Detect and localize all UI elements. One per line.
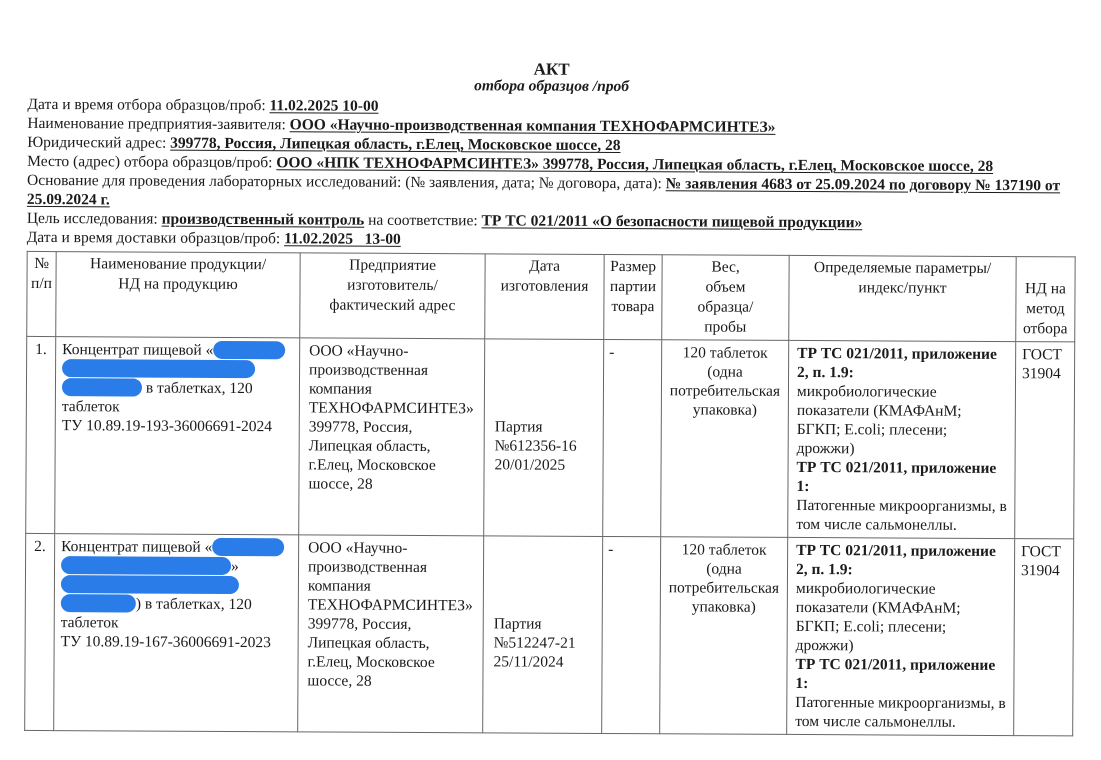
product-text: » <box>231 558 239 575</box>
parameters-cell: ТР ТС 021/2011, приложение 2, п. 1.9: ми… <box>788 340 1016 538</box>
manufacturer-cell: ООО «Научно- производственная компания Т… <box>298 535 484 733</box>
samples-table: № п/п Наименование продукции/ НД на прод… <box>24 251 1075 736</box>
param-line: ТР ТС 021/2011, приложение 1: <box>796 458 1008 497</box>
param-line: микробиологические показатели (КМАФАнМ; … <box>796 579 1008 656</box>
product-text: таблеток <box>62 397 293 417</box>
column-header-manufacturer: Предприятие изготовитель/ фактический ад… <box>300 253 485 339</box>
field-value: 11.02.2025 10-00 <box>269 97 378 115</box>
field-label: Цель исследования: <box>27 210 162 228</box>
redaction-mark <box>212 538 284 556</box>
manufacturer-cell: ООО «Научно- производственная компания Т… <box>299 338 485 536</box>
product-text: в таблетках, 120 <box>142 380 253 398</box>
batch-cell: Партия №612356-16 20/01/2025 <box>484 339 604 537</box>
column-header-num: № п/п <box>27 251 56 336</box>
param-line: ТР ТС 021/2011, приложение 2, п. 1.9: <box>796 541 1008 580</box>
field-value: 399778, Россия, Липецкая область, г.Елец… <box>170 135 620 154</box>
redaction-mark <box>62 359 255 378</box>
column-header-product: Наименование продукции/ НД на продукцию <box>56 252 300 338</box>
param-line: микробиологические показатели (КМАФАнМ; … <box>797 382 1009 459</box>
batch-size-cell: - <box>602 536 661 733</box>
column-header-batch-size: Размер партии товара <box>604 254 662 339</box>
field-value: 11.02.2025 13-00 <box>284 230 401 248</box>
param-line: ТР ТС 021/2011, приложение 1: <box>795 655 1007 694</box>
param-line: Патогенные микроорганизмы, в том числе с… <box>795 693 1007 732</box>
table-header-row: № п/п Наименование продукции/ НД на прод… <box>27 251 1075 341</box>
param-line: ТР ТС 021/2011, приложение 2, п. 1.9: <box>797 344 1009 383</box>
redaction-mark <box>61 575 239 594</box>
field-value: ТР ТС 021/2011 «О безопасности пищевой п… <box>481 212 862 231</box>
field-label: Юридический адрес: <box>27 134 170 152</box>
method-cell: ГОСТ 31904 <box>1015 342 1075 539</box>
column-header-method: НД на метод отбора <box>1016 257 1075 342</box>
product-name-cell: Концентрат пищевой « » ) в таблетках, 12… <box>54 534 299 732</box>
batch-info: Партия №612356-16 20/01/2025 <box>495 417 597 475</box>
table-row: 1. Концентрат пищевой « в таблетках, 120… <box>26 336 1075 538</box>
column-header-parameters: Определяемые параметры/ индекс/пункт <box>789 255 1016 341</box>
sample-volume-cell: 120 таблеток (одна потребительская упако… <box>661 340 789 538</box>
product-text: Концентрат пищевой « <box>62 341 213 359</box>
field-label: Место (адрес) отбора образцов/проб: <box>27 153 276 171</box>
column-header-mfg-date: Дата изготовления <box>485 254 604 340</box>
product-text: таблеток <box>61 613 292 633</box>
sample-volume-cell: 120 таблеток (одна потребительская упако… <box>660 537 788 735</box>
product-text: Концентрат пищевой « <box>61 538 212 556</box>
field-label: на соответствие: <box>364 212 481 230</box>
parameters-cell: ТР ТС 021/2011, приложение 2, п. 1.9: ми… <box>787 537 1015 735</box>
method-cell: ГОСТ 31904 <box>1014 539 1074 736</box>
redaction-mark <box>62 378 142 396</box>
product-tu: ТУ 10.89.19-193-36006691-2024 <box>62 416 293 436</box>
field-basis: Основание для проведения лабораторных ис… <box>27 171 1075 214</box>
field-value: ООО «Научно-производственная компания ТЕ… <box>290 116 776 136</box>
document-page: АКТ отбора образцов /проб Дата и время о… <box>0 0 1101 760</box>
field-label: Основание для проведения лабораторных ис… <box>27 172 666 192</box>
redaction-mark <box>213 341 285 359</box>
batch-size-cell: - <box>603 339 662 536</box>
redaction-mark <box>61 556 231 575</box>
row-number: 2. <box>25 533 55 730</box>
batch-cell: Партия №512247-21 25/11/2024 <box>483 536 603 734</box>
table-row: 2. Концентрат пищевой « » ) в таблетках,… <box>25 533 1074 735</box>
product-tu: ТУ 10.89.19-167-36006691-2023 <box>61 632 292 652</box>
redaction-mark <box>61 594 136 612</box>
field-label: Дата и время отбора образцов/проб: <box>27 96 269 114</box>
field-value: производственный контроль <box>162 211 365 229</box>
product-name-cell: Концентрат пищевой « в таблетках, 120 та… <box>55 337 300 535</box>
field-label: Наименование предприятия-заявителя: <box>27 115 289 133</box>
batch-info: Партия №512247-21 25/11/2024 <box>493 614 595 672</box>
row-number: 1. <box>26 336 56 533</box>
column-header-sample-volume: Вес, объем образца/ пробы <box>662 255 789 341</box>
field-label: Дата и время доставки образцов/проб: <box>27 229 284 247</box>
product-text: ) в таблетках, 120 <box>136 596 252 614</box>
param-line: Патогенные микроорганизмы, в том числе с… <box>796 496 1008 535</box>
